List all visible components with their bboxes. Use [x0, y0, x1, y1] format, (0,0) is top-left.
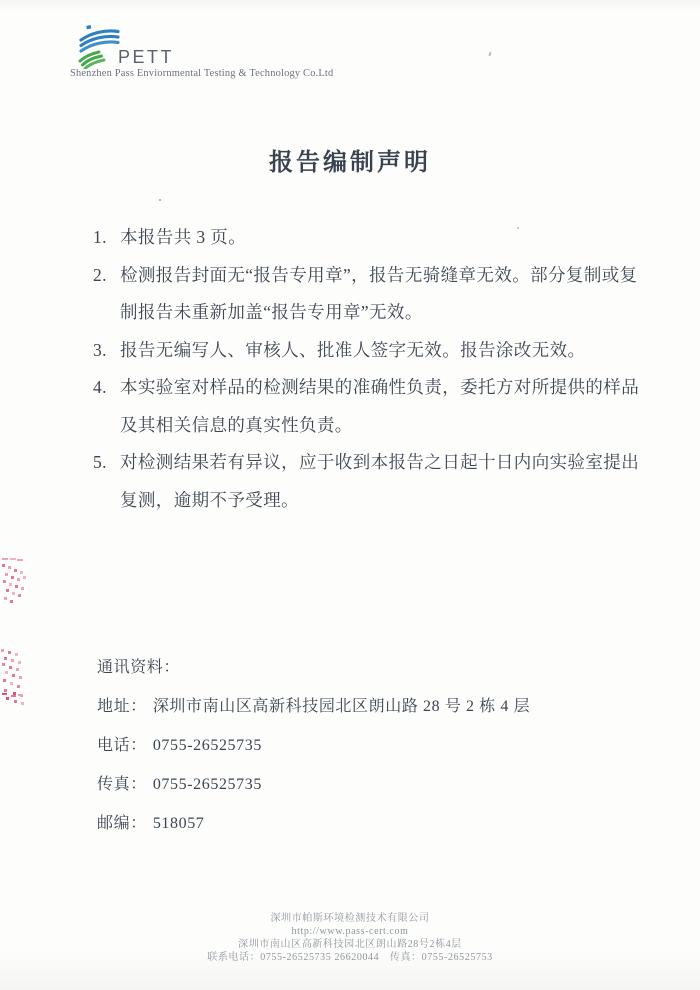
statement-text: 报告无编写人、审核人、批准人签字无效。报告涂改无效。 [120, 332, 645, 370]
statement-item: 5. 对检测结果若有异议，应于收到本报告之日起十日内向实验室提出复测，逾期不予受… [93, 444, 645, 519]
statement-text: 检测报告封面无“报告专用章”，报告无骑缝章无效。部分复制或复制报告未重新加盖“报… [120, 257, 645, 332]
contact-row-address: 地址：深圳市南山区高新科技园北区朗山路 28 号 2 栋 4 层 [97, 699, 530, 716]
statement-text: 本报告共 3 页。 [120, 219, 645, 257]
statement-item: 1. 本报告共 3 页。 [93, 219, 645, 257]
contact-label: 电话： [97, 737, 147, 754]
stamp-residue-dashes [2, 558, 8, 560]
footer-address: 深圳市南山区高新科技园北区朗山路28号2栋4层 [0, 938, 700, 951]
footer-phone-fax: 联系电话：0755-26525735 26620044 传真：0755-2652… [0, 951, 700, 964]
company-logo: PETT Shenzhen Pass Enviornmental Testing… [70, 24, 390, 80]
contact-label: 地址： [97, 698, 147, 715]
contact-label: 邮编： [97, 815, 147, 832]
statement-number: 5. [93, 444, 120, 519]
scan-speck [159, 199, 161, 201]
contact-value: 0755-26525735 [153, 737, 262, 754]
company-name-english: Shenzhen Pass Enviornmental Testing & Te… [70, 68, 333, 79]
contact-value: 深圳市南山区高新科技园北区朗山路 28 号 2 栋 4 层 [153, 698, 530, 715]
stamp-residue-dots [2, 564, 5, 567]
contact-label: 传真： [97, 776, 147, 793]
statement-number: 1. [93, 219, 120, 257]
red-stamp-residue-lower [0, 645, 30, 707]
contact-section: 通讯资料： 地址：深圳市南山区高新科技园北区朗山路 28 号 2 栋 4 层 电… [97, 660, 530, 833]
statement-item: 4. 本实验室对样品的检测结果的准确性负责，委托方对所提供的样品及其相关信息的真… [93, 369, 645, 444]
scan-speck [517, 227, 519, 229]
statement-text: 对检测结果若有异议，应于收到本报告之日起十日内向实验室提出复测，逾期不予受理。 [120, 444, 645, 519]
contact-row-postcode: 邮编：518057 [97, 816, 530, 833]
page-title: 报告编制声明 [0, 142, 700, 177]
contact-value: 518057 [153, 815, 205, 832]
scanned-report-page: PETT Shenzhen Pass Enviornmental Testing… [0, 0, 700, 990]
scan-speck [488, 52, 491, 56]
footer-company-name: 深圳市帕斯环境检测技术有限公司 [0, 912, 700, 925]
statement-number: 3. [93, 332, 120, 370]
stamp-residue-dots [1, 649, 4, 652]
contact-row-phone: 电话：0755-26525735 [97, 738, 530, 755]
stamp-residue-dashes [2, 693, 7, 695]
red-stamp-residue-upper [0, 556, 32, 606]
statement-item: 3. 报告无编写人、审核人、批准人签字无效。报告涂改无效。 [93, 332, 645, 370]
statements-list: 1. 本报告共 3 页。 2. 检测报告封面无“报告专用章”，报告无骑缝章无效。… [93, 219, 645, 519]
statement-number: 4. [93, 369, 120, 444]
contact-value: 0755-26525735 [153, 776, 262, 793]
brand-name: PETT [118, 47, 174, 68]
statement-number: 2. [93, 257, 120, 332]
page-footer: 深圳市帕斯环境检测技术有限公司 http://www.pass-cert.com… [0, 912, 700, 964]
statement-item: 2. 检测报告封面无“报告专用章”，报告无骑缝章无效。部分复制或复制报告未重新加… [93, 257, 645, 332]
contact-heading: 通讯资料： [97, 660, 530, 677]
contact-row-fax: 传真：0755-26525735 [97, 777, 530, 794]
pett-logo-icon [78, 25, 122, 69]
footer-website-url: http://www.pass-cert.com [0, 925, 700, 938]
statement-text: 本实验室对样品的检测结果的准确性负责，委托方对所提供的样品及其相关信息的真实性负… [120, 369, 645, 444]
